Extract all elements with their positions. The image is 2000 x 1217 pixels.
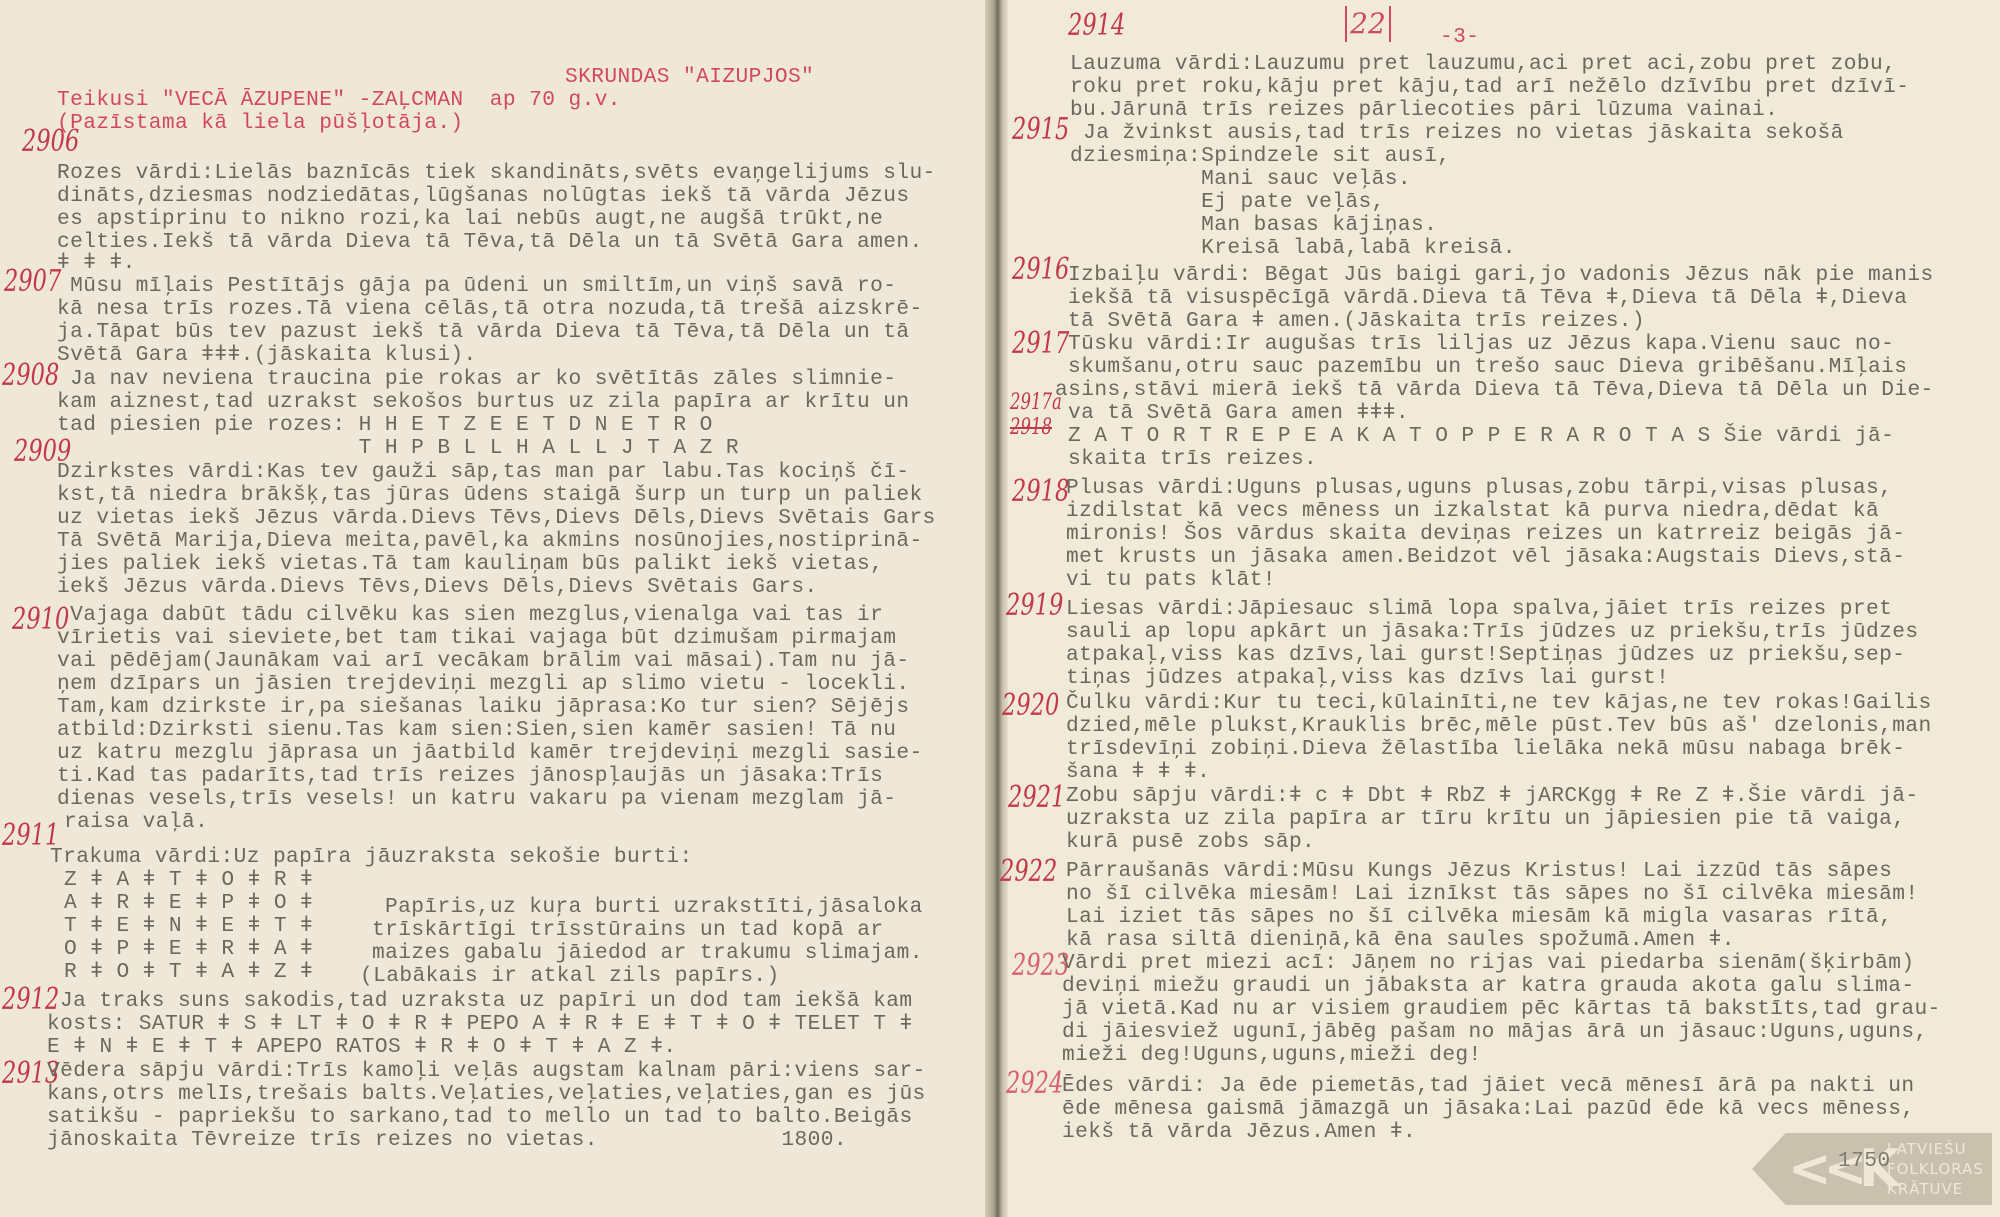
entry-line: ēde mēnesa gaismā jāmazgā un jāsaka:Lai … [1062,1098,1914,1121]
entry-line: kam aiznest,tad uzrakst sekošos burtus u… [57,391,909,414]
grid-note-line: maizes gabalu jāiedod ar trakumu slimaja… [372,942,923,965]
entry-line: kosts: SATUR ǂ S ǂ LT ǂ O ǂ R ǂ PEPO A ǂ… [47,1013,913,1036]
entry-line: dzied,mēle plukst,Krauklis brēc,mēle pūs… [1066,715,1932,738]
left-page: SKRUNDAS "AIZUPJOS" Teikusi "VECĀ ĀZUPEN… [0,0,985,1217]
song-line: Man basas kājiņas. [1070,214,1437,237]
letter-grid-row: A ǂ R ǂ E ǂ P ǂ O ǂ [64,892,313,915]
entry-line: kst,tā niedra brākšķ,tas jūras ūdens sta… [57,484,923,507]
teller-line: Teikusi "VECĀ ĀZUPENE" -ZAĻCMAN ap 70 g.… [57,89,621,112]
entry-line: deviņi miežu graudi un jābaksta ar katra… [1062,975,1914,998]
book-gutter [985,0,1008,1217]
entry-line: Vārdi pret miezi acī: Jāņem no rijas vai… [1062,952,1914,975]
entry-number-2916: 2916 [1012,252,1069,287]
entry-line: Izbaiļu vārdi: Bēgat Jūs baigi gari,jo v… [1068,264,1934,287]
song-line: Kreisā labā,labā kreisā. [1070,237,1516,260]
letter-grid-row: T ǂ E ǂ N ǂ E ǂ T ǂ [64,915,313,938]
entry-line: Tā Svētā Marija,Dieva meita,pavēl,ka akm… [57,530,923,553]
entry-line: va tā Svētā Gara amen ǂǂǂ. [1068,402,1409,425]
entry-line: kurā pusē zobs sāp. [1066,831,1315,854]
song-line: Mani sauc veļās. [1070,168,1411,191]
letter-grid-row: Z ǂ A ǂ T ǂ O ǂ R ǂ [64,869,313,892]
entry-line: Ja žvinkst ausis,tad trīs reizes no viet… [1070,122,1844,145]
entry-line: Z A T O R T R E P E A K A T O P P E R A … [1068,425,1894,448]
entry-line: atbild:Dzirksti sienu.Tas kam sien:Sien,… [57,719,896,742]
entry-line: Zobu sāpju vārdi:ǂ c ǂ Dbt ǂ RbZ ǂ jARCK… [1066,785,1918,808]
letter-grid-row: O ǂ P ǂ E ǂ R ǂ A ǂ [64,938,313,961]
entry-line: mieži deg!Uguns,uguns,mieži deg! [1062,1044,1482,1067]
entry-line: šana ǂ ǂ ǂ. [1066,761,1210,784]
entry-line: dināts,dziesmas nodziedātas,lūgšanas nol… [57,185,909,208]
entry-line: trīsdevīņi zobiņi.Dieva žēlastība lielāk… [1066,738,1905,761]
entry-number-2917a: 2917a [1010,390,1062,415]
logo-text: LATVIEŠU FOLKLORAS KRĀTUVE [1887,1139,1984,1199]
entry-line: tiņas jūdzes atpakaļ,viss kas dzīvs lai … [1066,667,1669,690]
entry-line: tā Svētā Gara ǂ amen.(Jāskaita trīs reiz… [1068,310,1645,333]
entry-line: bu.Jārunā trīs reizes pārliecoties pāri … [1070,99,1778,122]
entry-line: Trakuma vārdi:Uz papīra jāuzraksta sekoš… [50,846,693,869]
entry-line: asins,stāvi mierā iekš tā vārda Dieva tā… [1055,379,1934,402]
entry-line: no šī cilvēka miesām! Lai iznīkst tās sā… [1066,883,1918,906]
entry-line: sauli ap lopu apkārt un jāsaka:Trīs jūdz… [1066,621,1918,644]
entry-line: Ja traks suns sakodis,tad uzraksta uz pa… [60,990,912,1013]
entry-line: ja.Tāpat būs tev pazust iekš tā vārda Di… [57,321,909,344]
location-header: SKRUNDAS "AIZUPJOS" [565,66,814,89]
entry-line: kā rasa siltā dieniņā,kā ēna saules spož… [1066,929,1735,952]
entry-number-2923: 2923 [1012,948,1069,983]
entry-line: Mūsu mīļais Pestītājs gāja pa ūdeni un s… [57,275,896,298]
entry-line: Tam,kam dzirkste ir,pa siešanas laiku jā… [57,696,909,719]
entry-line: Svētā Gara ǂǂǂ.(jāskaita klusi). [57,344,477,367]
teller-note: (Pazīstama kā liela pūšļotāja.) [57,112,464,135]
grid-note-line: trīskārtīgi trīsstūrains un tad kopā ar [372,919,883,942]
entry-line: Lauzuma vārdi:Lauzumu pret lauzumu,aci p… [1070,53,1896,76]
folder-number-box: 22 [1345,6,1391,42]
entry-line: Ja nav neviena traucina pie rokas ar ko … [57,368,896,391]
entry-number-2921: 2921 [1008,780,1065,815]
entry-line: izdilstat kā vecs mēness un izkalstat kā… [1066,500,1879,523]
entry-line: Rozes vārdi:Lielās baznīcās tiek skandin… [57,162,936,185]
entry-number-2906: 2906 [22,124,79,159]
entry-line: Vēdera sāpju vārdi:Trīs kamoļi veļās aug… [47,1060,926,1083]
entry-line: jā vietā.Kad nu ar visiem graudiem pēc k… [1062,998,1941,1021]
entry-line: Ēdes vārdi: Ja ēde piemetās,tad jāiet ve… [1062,1075,1914,1098]
entry-line: iekš Jēzus vārda.Dievs Tēvs,Dievs Dēls,D… [57,576,818,599]
song-line: Ej pate veļās, [1070,191,1385,214]
entry-line: uz katru mezglu jāprasa un jāatbild kamē… [57,742,923,765]
entry-line: Liesas vārdi:Jāpiesauc slimā lopa spalva… [1066,598,1892,621]
entry-line: met krusts un jāsaka amen.Beidzot vēl jā… [1066,546,1905,569]
entry-line: jies paliek iekš vietas.Tā tam kauliņam … [57,553,883,576]
entry-number-2917: 2917 [1012,326,1069,361]
entry-number-2907: 2907 [4,264,61,299]
struck-entry-number: 2918 [1010,415,1052,440]
page-count-number: 1750 [1838,1150,1890,1173]
entry-line: atpakaļ,viss kas dzīvs,lai gurst!Septiņa… [1066,644,1905,667]
page-number: -3- [1440,26,1479,49]
entry-line: iekšā tā visuspēcīgā vārdā.Dieva tā Tēva… [1068,287,1907,310]
entry-number-2920: 2920 [1002,688,1059,723]
entry-number-2915: 2915 [1012,112,1069,147]
entry-line: dienas vesels,trīs vesels! un katru vaka… [57,788,896,811]
entry-line: Čulku vārdi:Kur tu teci,kūlainīti,ne tev… [1066,692,1932,715]
entry-line: Lai iziet tās sāpes no šī cilvēka miesām… [1066,906,1892,929]
entry-number-2919: 2919 [1006,588,1063,623]
entry-number-2924: 2924 [1006,1066,1063,1101]
entry-line: ǂ ǂ ǂ. [57,252,136,275]
entry-line: Vajaga dabūt tādu cilvēku kas sien mezgl… [57,604,883,627]
entry-line: celties.Iekš tā vārda Dieva tā Tēva,tā D… [57,231,923,254]
entry-line: T H P B L L H A L L J T A Z R [57,437,739,460]
entry-line: iekš tā vārda Jēzus.Amen ǂ. [1062,1121,1416,1144]
entry-number-2908: 2908 [2,358,59,393]
entry-line: vai pēdējam(Jaunākam vai arī vecākam brā… [57,650,909,673]
entry-number-2922: 2922 [1000,854,1057,889]
entry-number-2918: 2918 [1012,474,1069,509]
entry-line: roku pret roku,kāju pret kāju,tad arī ne… [1070,76,1909,99]
entry-line: uzraksta uz zila papīra ar tīru krītu un… [1066,808,1905,831]
entry-line: raisa vaļā. [64,811,208,834]
entry-line: vīrietis vai sieviete,bet tam tikai vaja… [57,627,896,650]
entry-line: kā nesa trīs rozes.Tā viena cēlās,tā otr… [57,298,923,321]
grid-note-line: (Labākais ir atkal zils papīrs.) [360,965,780,988]
entry-line: uz vietas iekš Jēzus vārda.Dievs Tēvs,Di… [57,507,936,530]
entry-line: skaita trīs reizes. [1068,448,1317,471]
entry-line: ti.Kad tas padarīts,tad trīs reizes jāno… [57,765,883,788]
entry-line: jānoskaita Tēvreize trīs reizes no vieta… [47,1129,847,1152]
entry-line: E ǂ N ǂ E ǂ T ǂ APEPO RATOS ǂ R ǂ O ǂ T … [47,1036,677,1059]
entry-line: Tūsku vārdi:Ir augušas trīs liljas uz Jē… [1068,333,1894,356]
entry-line: skumšanu,otru sauc pazemību un trešo sau… [1068,356,1907,379]
entry-line: mironis! Šos vārdus skaita deviņas reize… [1066,523,1905,546]
entry-line: Pārraušanās vārdi:Mūsu Kungs Jēzus Krist… [1066,860,1892,883]
entry-line: Dzirkstes vārdi:Kas tev gauži sāp,tas ma… [57,461,909,484]
entry-line: es apstiprinu to nikno rozi,ka lai nebūs… [57,208,883,231]
entry-line: dziesmiņa:Spindzele sit ausī, [1070,145,1450,168]
entry-line: satikšu - papriekšu to sarkano,tad to me… [47,1106,913,1129]
entry-line: ņem dzīpars un jāsien trejdeviņi mezgli … [57,673,909,696]
entry-number-2914: 2914 [1068,8,1125,43]
grid-note-line: Papīris,uz kuŗa burti uzrakstīti,jāsalok… [385,896,923,919]
entry-line: kans,otrs melIs,trešais balts.Veļaties,v… [47,1083,926,1106]
entry-line: vi tu pats klāt! [1066,569,1276,592]
entry-line: tad piesien pie rozes: H H E T Z E E T D… [57,414,713,437]
entry-line: Plusas vārdi:Uguns plusas,uguns plusas,z… [1066,477,1892,500]
entry-line: di jāiesviež ugunī,jābēg pašam no mājas … [1062,1021,1928,1044]
letter-grid-row: R ǂ O ǂ T ǂ A ǂ Z ǂ [64,961,313,984]
